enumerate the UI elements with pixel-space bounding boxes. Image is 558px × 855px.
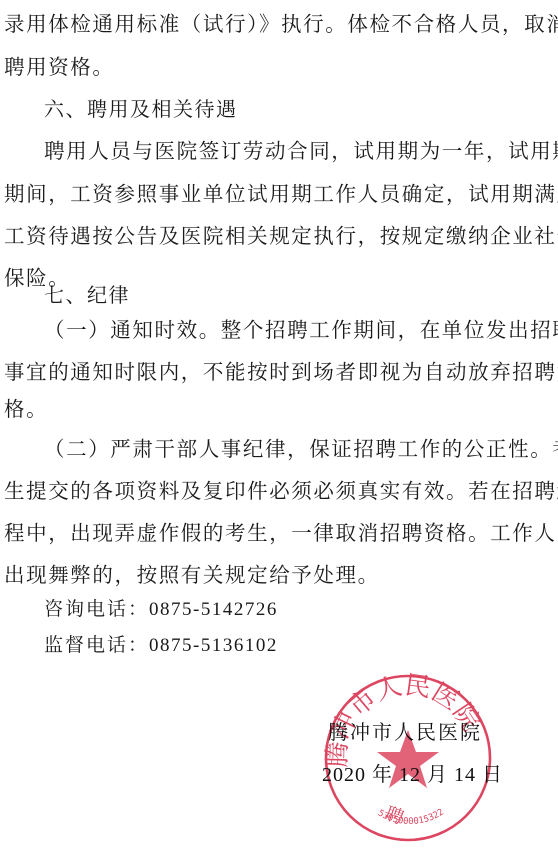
consult-phone: 咨询电话：0875-5142726 <box>44 597 278 622</box>
supervise-phone: 监督电话：0875-5136102 <box>44 633 278 658</box>
paragraph-line: 聘用人员与医院签订劳动合同，试用期为一年，试用期 <box>44 139 558 163</box>
section-heading-6: 六、聘用及相关待遇 <box>44 97 238 121</box>
section-heading-7: 七、纪律 <box>44 283 130 307</box>
paragraph-line: 程中，出现弄虚作假的考生，一律取消招聘资格。工作人员 <box>4 521 558 545</box>
signature-date: 2020 年 12 月 14 日 <box>322 758 503 787</box>
paragraph-line: 生提交的各项资料及复印件必须必须真实有效。若在招聘过 <box>4 479 558 503</box>
paragraph-line: 录用体检通用标准（试行）》执行。体检不合格人员，取消 <box>4 12 558 36</box>
paragraph-line: 事宜的通知时限内，不能按时到场者即视为自动放弃招聘资 <box>4 360 558 384</box>
signature-organization: 腾冲市人民医院 <box>328 716 482 745</box>
paragraph-line: 工资待遇按公告及医院相关规定执行，按规定缴纳企业社会 <box>4 224 558 248</box>
document-page: 录用体检通用标准（试行）》执行。体检不合格人员，取消 聘用资格。 六、聘用及相关… <box>0 0 558 855</box>
consult-phone-label: 咨询电话： <box>44 598 149 620</box>
paragraph-line: 格。 <box>4 397 48 421</box>
paragraph-line: 期间，工资参照事业单位试用期工作人员确定，试用期满后 <box>4 182 558 206</box>
paragraph-line: （一）通知时效。整个招聘工作期间，在单位发出招聘 <box>44 318 558 342</box>
supervise-phone-number: 0875-5136102 <box>149 635 278 656</box>
paragraph-line: 聘用资格。 <box>4 55 115 79</box>
consult-phone-number: 0875-5142726 <box>149 599 278 620</box>
paragraph-line: （二）严肃干部人事纪律，保证招聘工作的公正性。考 <box>44 437 558 461</box>
paragraph-line: 出现舞弊的，按照有关规定给予处理。 <box>4 563 380 587</box>
supervise-phone-label: 监督电话： <box>44 634 149 656</box>
